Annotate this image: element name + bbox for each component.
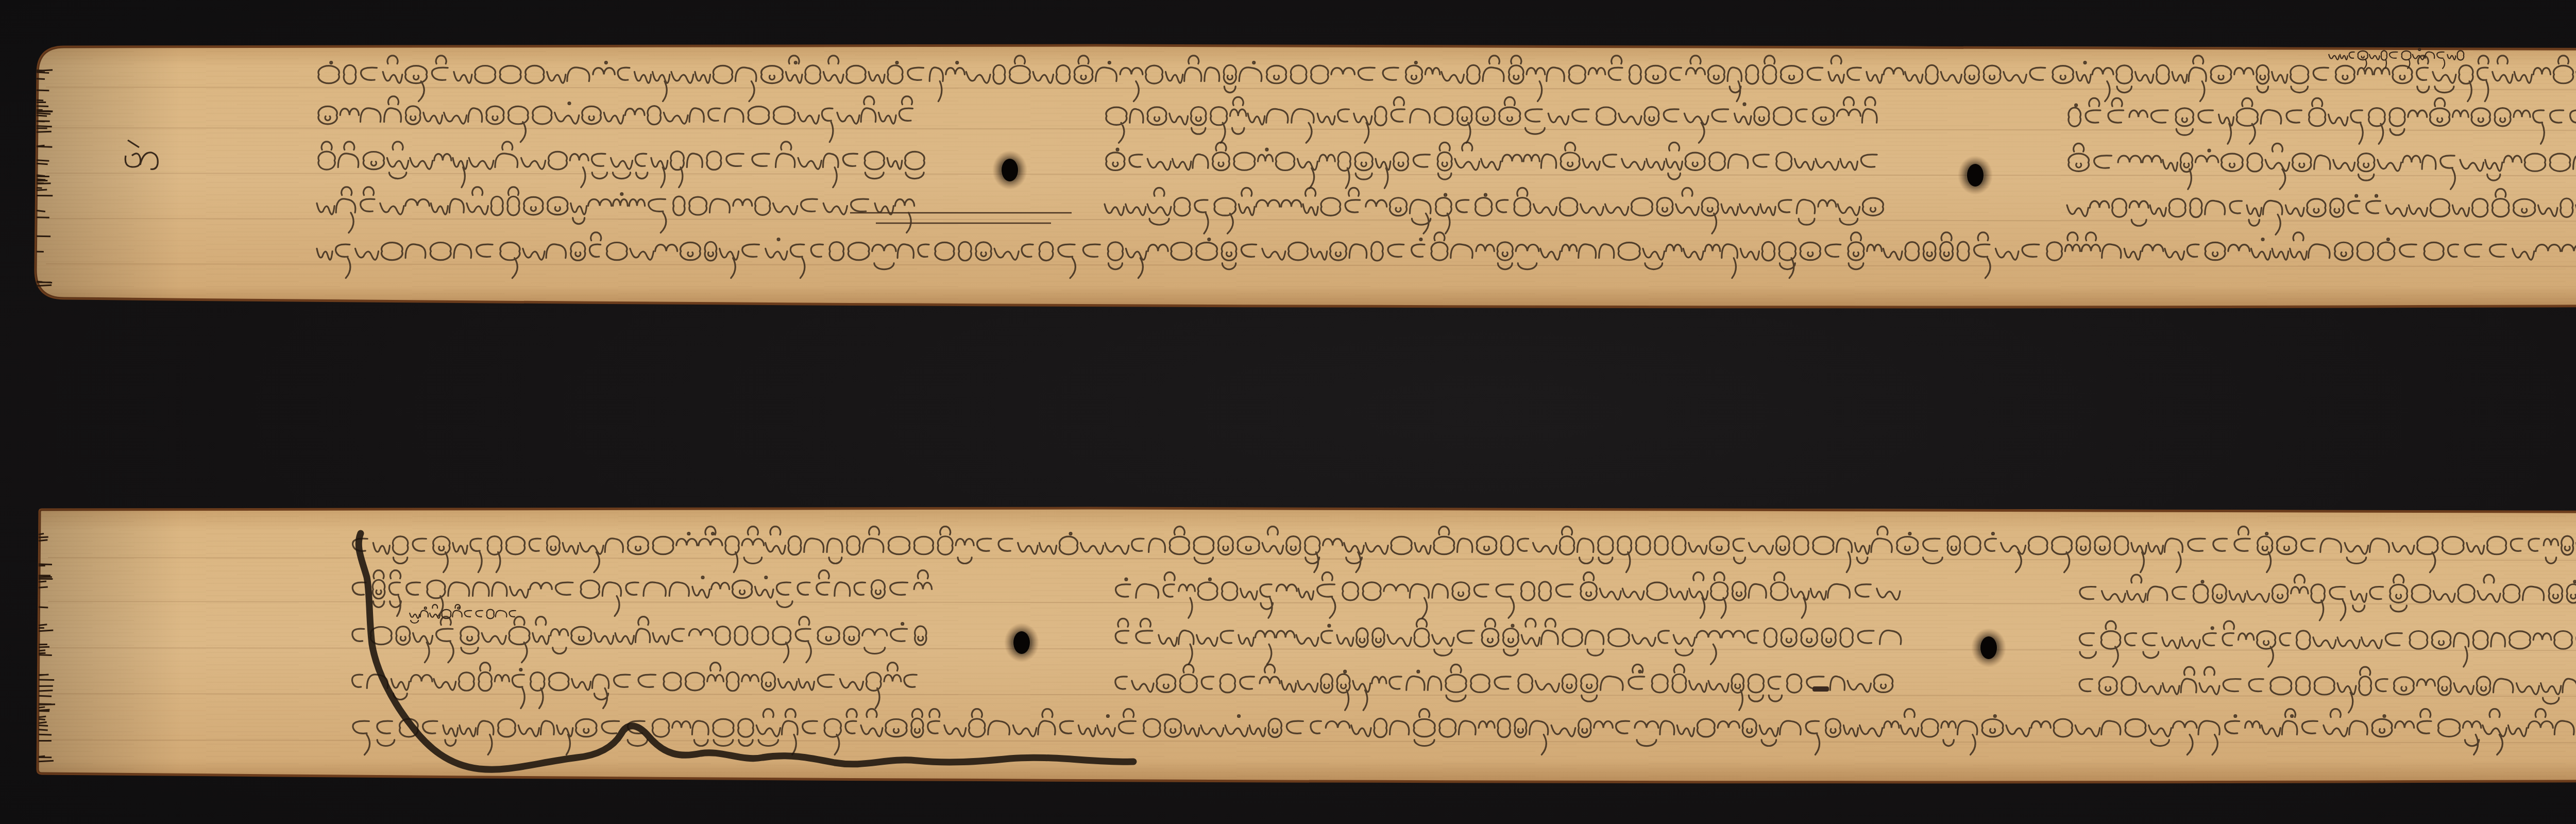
string-hole-2 bbox=[1980, 636, 1997, 659]
string-hole-2 bbox=[1967, 164, 1984, 187]
filler-mark bbox=[1812, 686, 1829, 692]
manuscript-canvas: ဥယောဂပဥယောဂတကာဏ္ဍသိသယောနဇံဥပဒိသသယဓာဂ်ဓေတ… bbox=[0, 0, 2576, 824]
leaf-top: ဥယောဂပဥယောဂတကာဏ္ဍသိသယောနဇံဥပဒိသသယဓာဂ်ဓေတ… bbox=[36, 35, 2576, 316]
string-hole-1 bbox=[1002, 159, 1018, 181]
string-hole-1 bbox=[1013, 631, 1030, 654]
leaf-bottom: ဖွဏ္ဍပဒိသယဓေယောလောဏ္ဍတိဂ်ဟိဓျာဂျာဏတာဝဏ္ဍ… bbox=[38, 497, 2576, 791]
